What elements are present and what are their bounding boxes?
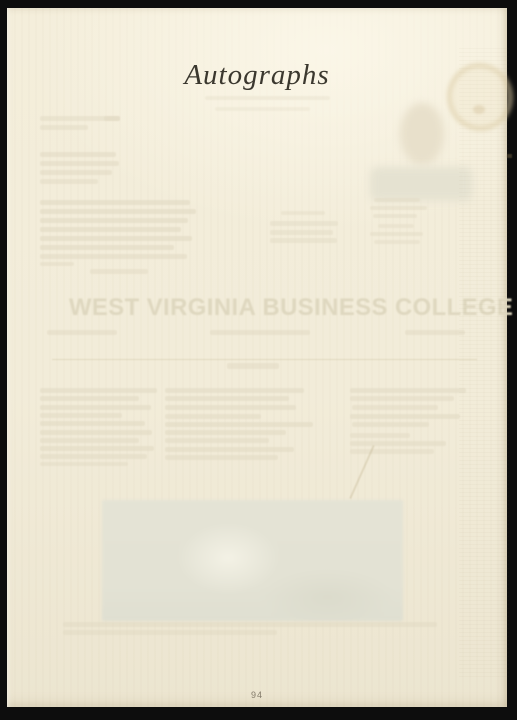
- bleedthrough-line: [281, 211, 325, 215]
- bleedthrough-line: [227, 363, 279, 369]
- bleedthrough-line: [165, 447, 294, 452]
- bleedthrough-line: [40, 236, 192, 241]
- bleedthrough-line: [40, 179, 98, 184]
- bleedthrough-line: [405, 330, 465, 335]
- bleedthrough-line: [215, 107, 310, 111]
- bleedthrough-line: [40, 170, 112, 175]
- page-title: Autographs: [7, 59, 507, 92]
- bleedthrough-line: [40, 262, 74, 266]
- bleedthrough-line: [205, 96, 330, 100]
- bleedthrough-line: [270, 238, 337, 243]
- paper-edge-mark: [507, 154, 512, 158]
- bleedthrough-line: [352, 405, 438, 410]
- bleedthrough-line: [40, 245, 174, 250]
- bleedthrough-line: [350, 441, 446, 446]
- bleedthrough-line: [210, 330, 310, 335]
- yearbook-page: Autographs WEST VIRGINIA BUSINESS COLLEG…: [7, 8, 507, 707]
- bleedthrough-line: [40, 454, 147, 459]
- bleedthrough-line: [40, 413, 122, 418]
- bleedthrough-line: [40, 462, 128, 466]
- bleedthrough-line: [378, 224, 414, 228]
- bleedthrough-line: [370, 206, 427, 210]
- bleedthrough-line: [165, 430, 286, 435]
- bleedthrough-line: [40, 152, 116, 157]
- bleedthrough-headline: WEST VIRGINIA BUSINESS COLLEGE: [69, 294, 461, 322]
- bleedthrough-line: [63, 622, 437, 627]
- bleedthrough-line: [165, 455, 278, 460]
- bleedthrough-line: [40, 200, 190, 205]
- scanned-page: { "page": { "title": "Autographs", "page…: [0, 0, 517, 720]
- bleedthrough-line: [350, 388, 466, 393]
- bleedthrough-line: [373, 214, 417, 218]
- bleedthrough-line: [40, 446, 154, 451]
- bleedthrough-line: [40, 438, 139, 443]
- bleedthrough-line: [40, 430, 152, 435]
- bleedthrough-line: [40, 218, 188, 223]
- bleedthrough-divider-rule: [52, 359, 477, 360]
- bleedthrough-line: [165, 396, 289, 401]
- bleedthrough-line: [165, 422, 313, 427]
- bleedthrough-line: [270, 221, 338, 226]
- bleedthrough-line: [90, 269, 148, 274]
- bleedthrough-line: [165, 414, 261, 419]
- bleedthrough-line: [374, 240, 420, 244]
- bleedthrough-line: [370, 232, 423, 236]
- bleedthrough-line: [374, 198, 420, 202]
- bleedthrough-line: [40, 421, 145, 426]
- bleedthrough-line: [165, 405, 296, 410]
- bleedthrough-line: [350, 396, 454, 401]
- bleedthrough-line: [40, 388, 157, 393]
- bleedthrough-line: [40, 227, 181, 232]
- bleedthrough-line: [40, 209, 196, 214]
- bleedthrough-line: [350, 414, 460, 419]
- paper-texture-streaks: [459, 48, 509, 678]
- bleedthrough-line: [165, 438, 269, 443]
- bleedthrough-line: [104, 116, 120, 121]
- bleedthrough-line: [40, 125, 88, 130]
- bleedthrough-line: [350, 449, 434, 454]
- bleedthrough-line: [40, 396, 139, 401]
- bleedthrough-line: [165, 388, 304, 393]
- bleedthrough-line: [350, 433, 410, 438]
- bleedthrough-line: [40, 161, 119, 166]
- bleedthrough-line: [40, 254, 187, 259]
- bleedthrough-line: [63, 630, 277, 635]
- bleedthrough-line: [270, 230, 333, 235]
- bleedthrough-group-photo: [102, 500, 403, 621]
- portrait-shoulders-shape: [370, 167, 472, 201]
- page-number: 94: [7, 690, 507, 700]
- portrait-head-shape: [400, 103, 444, 165]
- bleedthrough-line: [40, 405, 151, 410]
- bleedthrough-line: [47, 330, 117, 335]
- bleedthrough-line: [352, 422, 429, 427]
